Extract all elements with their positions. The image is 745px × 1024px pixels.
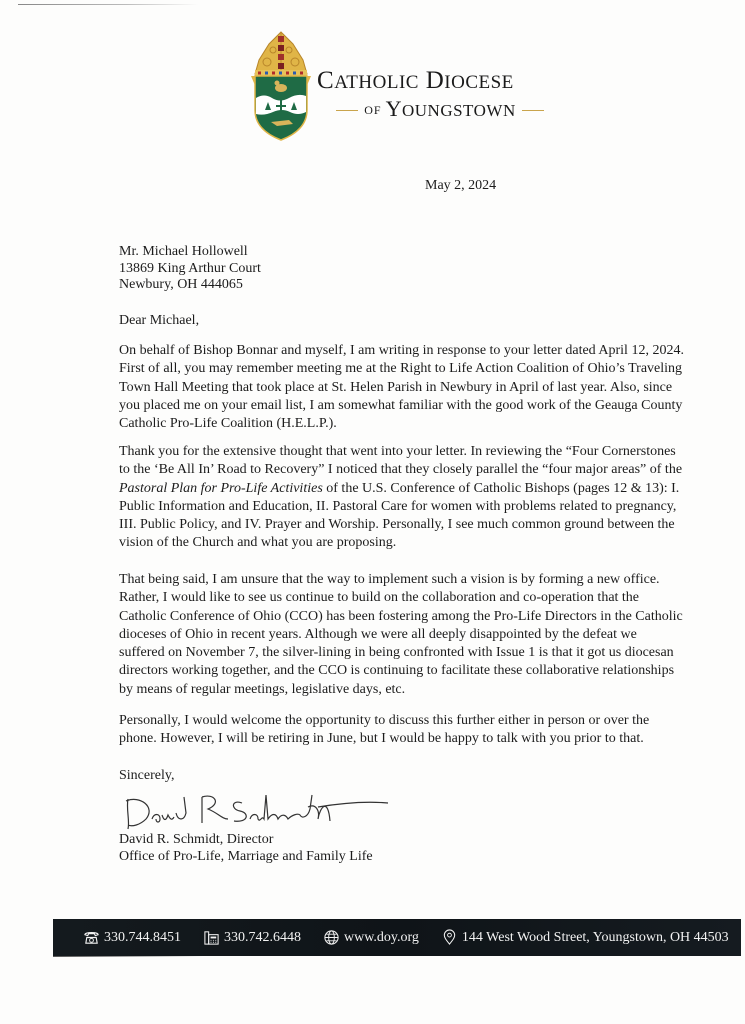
gold-rule-right <box>522 110 544 111</box>
closing: Sincerely, <box>119 768 174 784</box>
diocese-crest-icon <box>247 30 315 142</box>
pastoral-plan-title: Pastoral Plan for Pro-Life Activities <box>119 481 323 496</box>
footer-phone: 330.744.8451 <box>83 929 181 946</box>
org-name-line2: OF YOUNGSTOWN <box>311 97 569 123</box>
footer-contact-bar: 330.744.8451 330.742.6448 www.doy.org <box>53 919 741 956</box>
paragraph-3: That being said, I am unsure that the wa… <box>119 571 685 699</box>
paragraph-4: Personally, I would welcome the opportun… <box>119 712 685 749</box>
recipient-name: Mr. Michael Hollowell <box>119 244 261 261</box>
signature-icon <box>122 785 392 833</box>
paragraph-1: On behalf of Bishop Bonnar and myself, I… <box>119 342 685 433</box>
letter-page: CATHOLIC DIOCESE OF YOUNGSTOWN May 2, 20… <box>0 0 745 1024</box>
signer-block: David R. Schmidt, Director Office of Pro… <box>119 831 373 865</box>
letter-date: May 2, 2024 <box>425 178 496 194</box>
recipient-street: 13869 King Arthur Court <box>119 261 261 278</box>
letterhead: CATHOLIC DIOCESE OF YOUNGSTOWN <box>247 30 567 142</box>
location-pin-icon <box>441 929 458 946</box>
org-name-line1: CATHOLIC DIOCESE <box>317 67 569 97</box>
globe-icon <box>323 929 340 946</box>
recipient-city: Newbury, OH 444065 <box>119 277 261 294</box>
paragraph-2: Thank you for the extensive thought that… <box>119 443 685 553</box>
telephone-icon <box>83 929 100 946</box>
recipient-address: Mr. Michael Hollowell 13869 King Arthur … <box>119 244 261 294</box>
signer-office: Office of Pro-Life, Marriage and Family … <box>119 848 373 865</box>
organization-name: CATHOLIC DIOCESE OF YOUNGSTOWN <box>317 67 569 123</box>
signer-name-title: David R. Schmidt, Director <box>119 831 373 848</box>
fax-icon <box>203 929 220 946</box>
scan-artifact-line <box>53 956 203 957</box>
footer-fax: 330.742.6448 <box>203 929 301 946</box>
scan-artifact-line <box>18 4 198 5</box>
website-link[interactable]: www.doy.org <box>344 930 419 946</box>
footer-website[interactable]: www.doy.org <box>323 929 419 946</box>
footer-address: 144 West Wood Street, Youngstown, OH 445… <box>441 929 729 946</box>
salutation: Dear Michael, <box>119 313 199 329</box>
gold-rule-left <box>336 110 358 111</box>
